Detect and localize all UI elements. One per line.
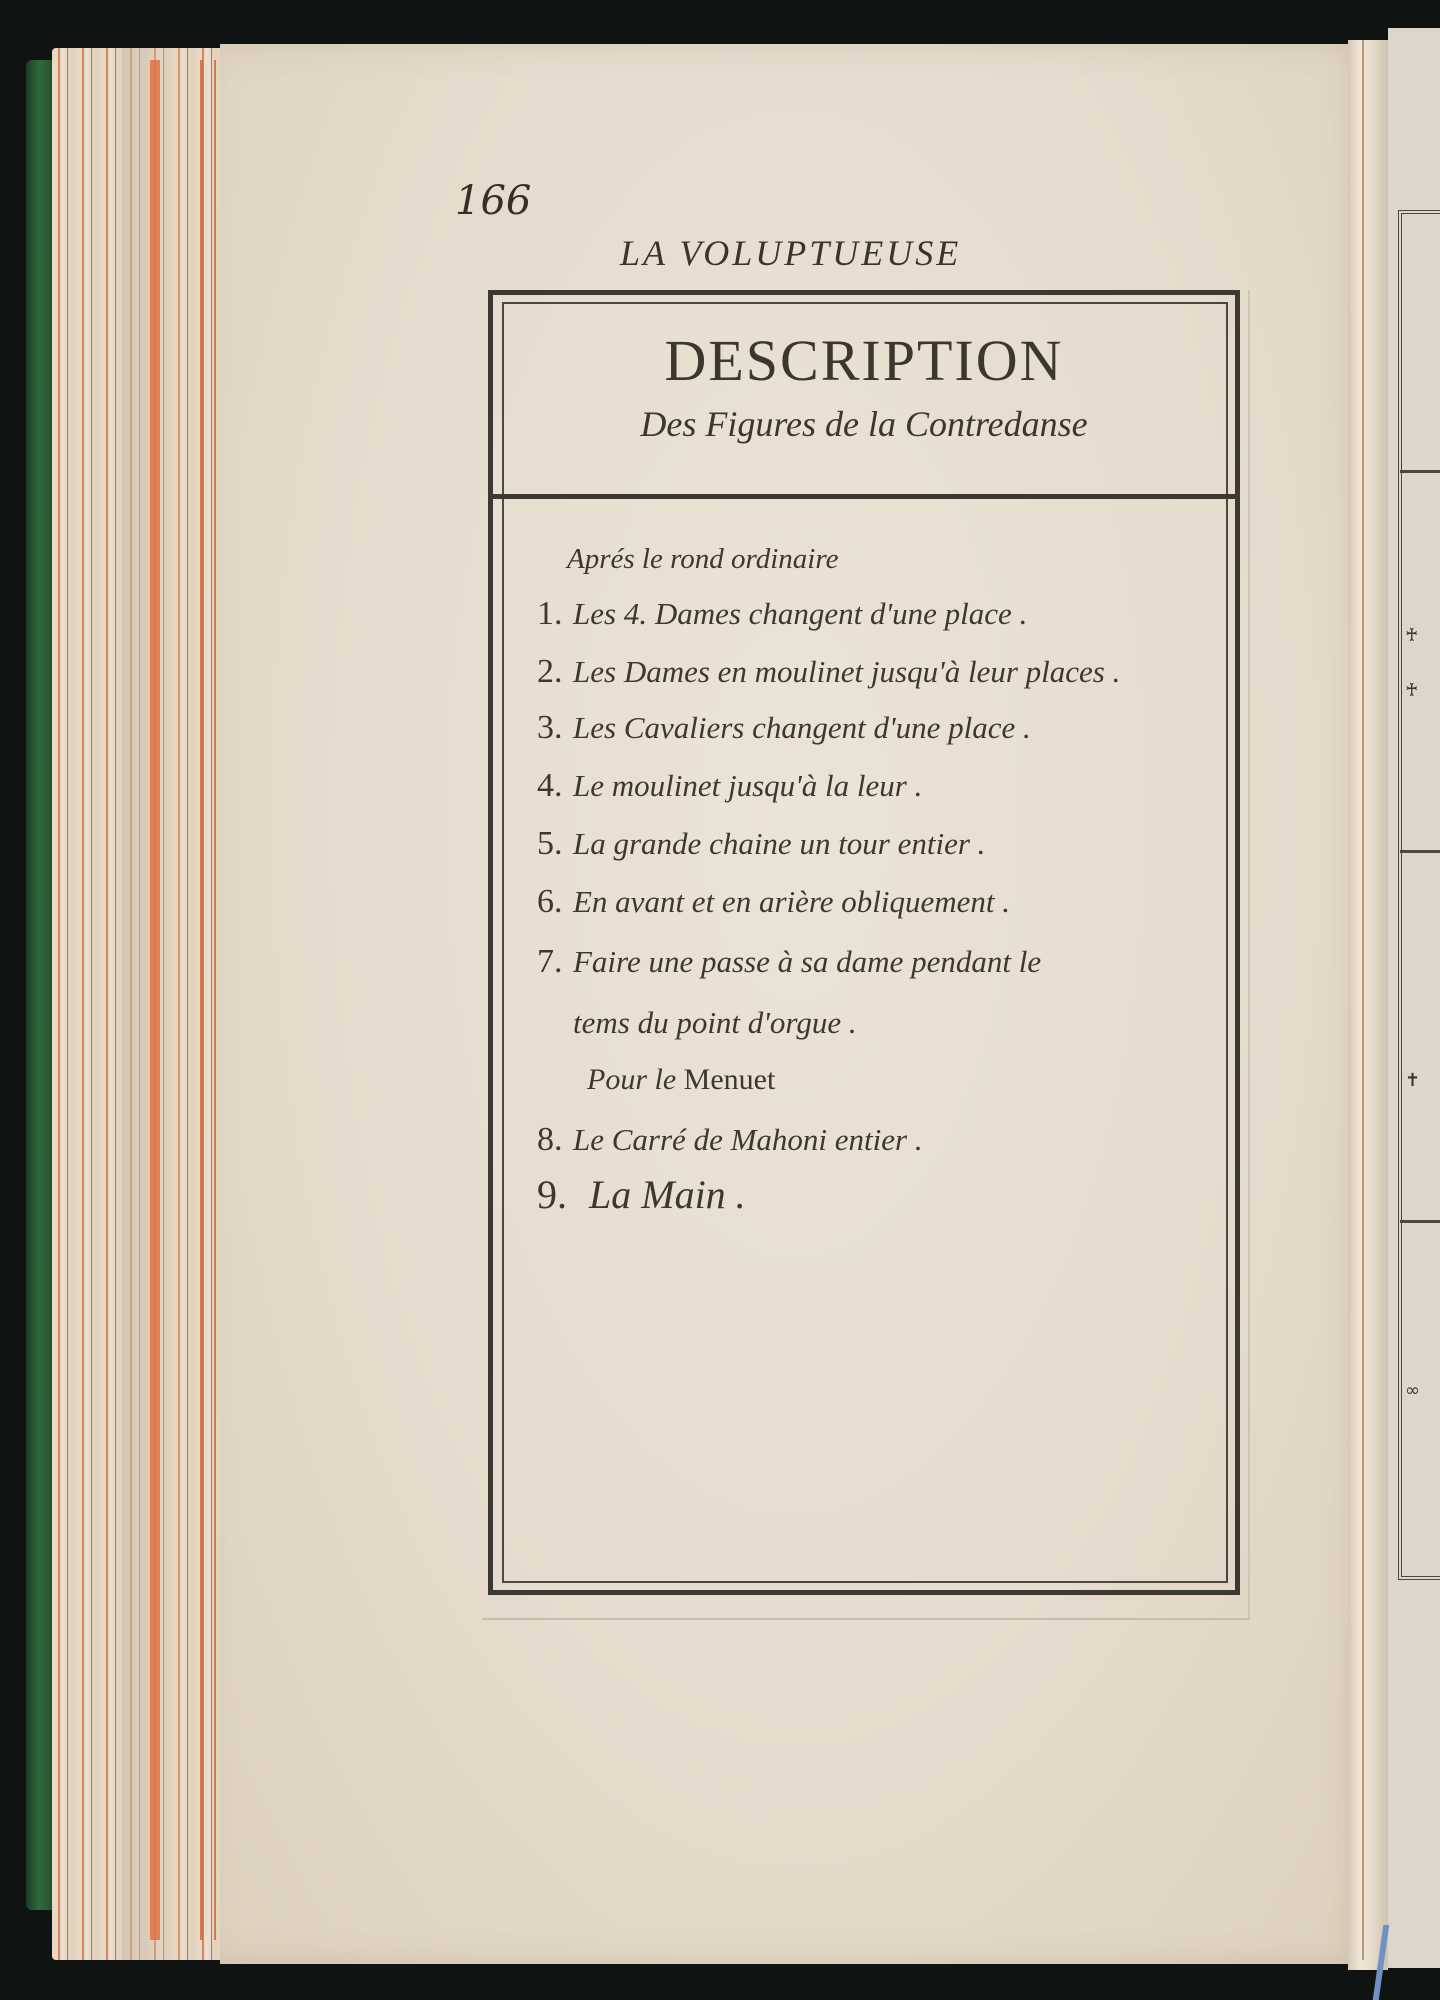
facing-page-rule bbox=[1400, 850, 1440, 853]
list-item: 9.La Main . bbox=[537, 1171, 746, 1218]
list-item: 6.En avant et en arière obliquement . bbox=[537, 883, 1010, 921]
red-page-edge bbox=[214, 60, 216, 1940]
list-item: 3.Les Cavaliers changent d'une place . bbox=[537, 709, 1031, 747]
gutter-line bbox=[1362, 40, 1364, 1960]
page-number: 166 bbox=[455, 178, 531, 224]
red-page-edge bbox=[200, 60, 203, 1940]
running-head: LA VOLUPTUEUSE bbox=[620, 232, 961, 274]
page-subtitle: Des Figures de la Contredanse bbox=[493, 403, 1235, 445]
section-heading: Pour le Menuet bbox=[587, 1063, 775, 1097]
facing-page-frame bbox=[1398, 210, 1440, 1580]
dance-figure-glyph-icon: ♰ bbox=[1405, 680, 1418, 701]
list-item: 5.La grande chaine un tour entier . bbox=[537, 825, 985, 863]
dance-figure-glyph-icon: ♰ bbox=[1405, 625, 1418, 646]
list-item: 4.Le moulinet jusqu'à la leur . bbox=[537, 767, 922, 805]
dance-figure-glyph-icon: ✝ bbox=[1405, 1070, 1420, 1091]
dance-figure-glyph-icon: ∞ bbox=[1405, 1380, 1420, 1401]
list-item: 1.Les 4. Dames changent d'une place . bbox=[537, 595, 1027, 633]
page-stack-edges bbox=[52, 48, 232, 1960]
list-item: 8.Le Carré de Mahoni entier . bbox=[537, 1121, 923, 1159]
list-item: 2.Les Dames en moulinet jusqu'à leur pla… bbox=[537, 653, 1120, 691]
red-page-edge bbox=[150, 60, 160, 1940]
frame-divider bbox=[493, 494, 1235, 499]
list-item-continuation: tems du point d'orgue . bbox=[573, 1005, 857, 1041]
page-title: DESCRIPTION bbox=[493, 327, 1235, 394]
intro-line: Aprés le rond ordinaire bbox=[567, 543, 838, 576]
book-gutter bbox=[1348, 40, 1388, 1970]
engraved-frame: DESCRIPTION Des Figures de la Contredans… bbox=[488, 290, 1240, 1595]
list-item: 7.Faire une passe à sa dame pendant le bbox=[537, 943, 1041, 981]
facing-page-rule bbox=[1400, 470, 1440, 473]
facing-page-rule bbox=[1400, 1220, 1440, 1223]
